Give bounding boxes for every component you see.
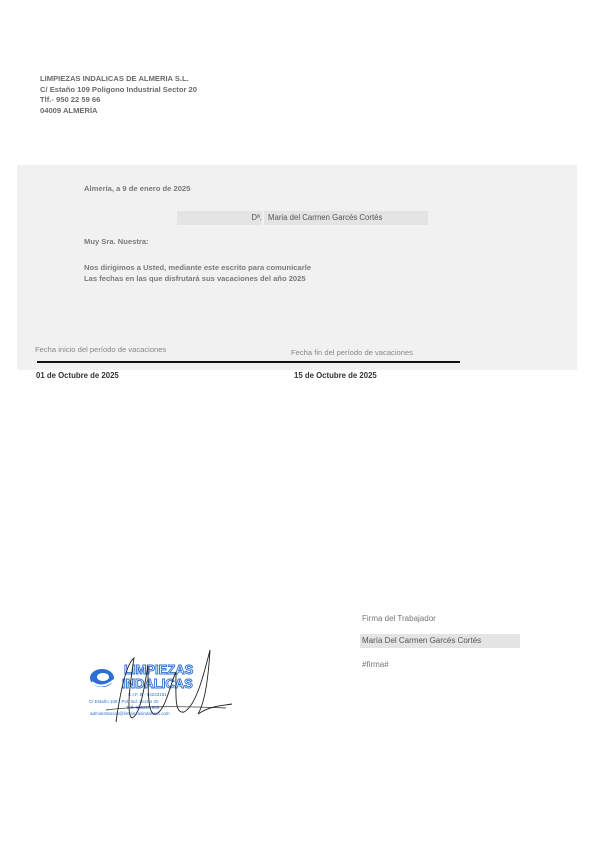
end-date-label: Fecha fin del período de vacaciones — [291, 348, 413, 357]
signature-label: Firma del Trabajador — [362, 614, 436, 623]
worker-name: María Del Carmen Garcés Cortés — [360, 634, 520, 648]
body-line: Nos dirigimos a Usted, mediante este esc… — [84, 262, 311, 273]
signature-placeholder: #firma# — [362, 660, 389, 669]
company-name: LIMPIEZAS INDALICAS DE ALMERIA S.L. — [40, 74, 197, 85]
end-date-value: 15 de Octubre de 2025 — [294, 371, 377, 380]
company-header: LIMPIEZAS INDALICAS DE ALMERIA S.L. C/ E… — [40, 74, 197, 116]
stamp-logo-icon: LIMPIEZAS INDALICAS C.I.F. B - 04243151 … — [86, 644, 236, 726]
svg-text:C.I.F. B - 04243151: C.I.F. B - 04243151 — [128, 692, 167, 697]
place-date: Almería, a 9 de enero de 2025 — [84, 184, 190, 193]
body-line: Las fechas en las que disfrutará sus vac… — [84, 273, 311, 284]
svg-text:INDALICAS: INDALICAS — [122, 676, 193, 691]
start-date-label: Fecha inicio del período de vacaciones — [35, 345, 166, 354]
letter-body: Nos dirigimos a Usted, mediante este esc… — [84, 262, 311, 284]
greeting: Muy Sra. Nuestra: — [84, 237, 149, 246]
svg-text:LIMPIEZAS: LIMPIEZAS — [124, 662, 194, 677]
company-phone: Tlf.- 950 22 59 66 — [40, 95, 197, 106]
divider-rule — [37, 361, 460, 363]
recipient-title: Dª. — [177, 211, 262, 225]
company-address: C/ Estaño 109 Poligono Industrial Sector… — [40, 85, 197, 96]
company-stamp: LIMPIEZAS INDALICAS C.I.F. B - 04243151 … — [86, 644, 236, 726]
recipient-name: Maria del Carmen Garcés Cortés — [264, 211, 428, 225]
company-city: 04009 ALMERÌA — [40, 106, 197, 117]
start-date-value: 01 de Octubre de 2025 — [36, 371, 119, 380]
